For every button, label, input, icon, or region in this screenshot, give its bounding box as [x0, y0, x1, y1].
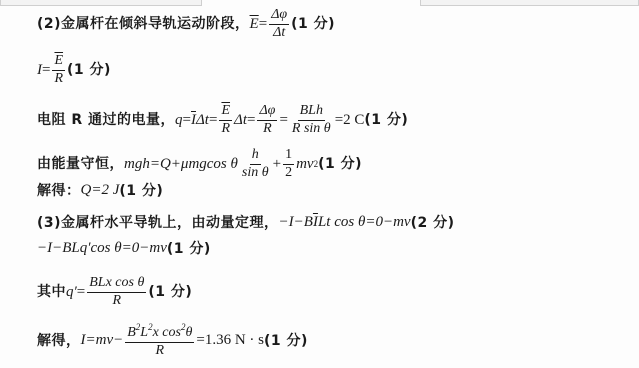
plus: +: [273, 157, 281, 172]
equals: =: [247, 113, 255, 128]
line-current: I = E R (1 分): [37, 54, 111, 86]
line-impulse: 解得， I=mv− B2L2x cos2θ R =1.36 N · s (1 分…: [37, 323, 308, 358]
line-momentum: −I−BLq′cos θ=0−mv (1 分): [37, 241, 211, 256]
numerator: h: [250, 148, 261, 165]
numerator: Δφ: [269, 8, 289, 25]
expression: Q=2 J: [81, 183, 120, 198]
expression: mv: [296, 157, 314, 172]
score: (1 分): [148, 285, 192, 299]
text: (3)金属杆水平导轨上，由动量定理，: [37, 216, 279, 230]
score: (1 分): [291, 17, 335, 31]
denominator: Δt: [271, 25, 287, 41]
expression: −I−B: [279, 215, 313, 230]
fraction: B2L2x cos2θ R: [125, 323, 194, 358]
denominator: R: [219, 121, 232, 137]
expression: mgh=Q+μmgcos θ: [124, 157, 238, 172]
line-heat: 解得： Q=2 J (1 分): [37, 183, 163, 198]
expression: I=mv−: [81, 333, 124, 348]
numerator: BLx cos θ: [87, 276, 146, 293]
var-q: q: [175, 113, 183, 128]
top-right-box: [420, 0, 639, 6]
denominator: R: [261, 121, 274, 137]
text: 由能量守恒，: [37, 157, 124, 171]
top-left-box: [0, 0, 202, 6]
numerator: BLh: [298, 104, 325, 121]
score: (1 分): [167, 242, 211, 256]
score: (1 分): [119, 184, 163, 198]
fraction: BLh R sin θ: [290, 104, 333, 136]
var-b: B: [127, 325, 136, 340]
denominator: R sin θ: [290, 121, 333, 137]
score: (1 分): [264, 334, 308, 348]
numerator: 1: [283, 148, 294, 165]
line-energy: 由能量守恒， mgh=Q+μmgcos θ h sin θ + 1 2 mv2 …: [37, 148, 362, 180]
expression: Lt cos θ=0−mv: [318, 215, 411, 230]
fraction: BLx cos θ R: [87, 276, 146, 308]
fraction: Δφ R: [257, 104, 277, 136]
score: (1 分): [67, 63, 111, 77]
fraction-half: 1 2: [283, 148, 294, 180]
denominator: 2: [283, 165, 294, 181]
fraction: Δφ Δt: [269, 8, 289, 40]
denominator: R: [154, 343, 167, 359]
result: =1.36 N · s: [196, 333, 264, 348]
numerator: Δφ: [257, 104, 277, 121]
result: =2 C: [335, 113, 365, 128]
denominator: R: [52, 71, 65, 87]
text: 其中: [37, 285, 66, 299]
text: (2)金属杆在倾斜导轨运动阶段，: [37, 17, 250, 31]
delta-t: Δt: [234, 113, 247, 128]
text: 电阻 R 通过的电量，: [37, 113, 175, 127]
var-theta: θ: [185, 325, 192, 340]
line-qprime: 其中 q′ = BLx cos θ R (1 分): [37, 276, 192, 308]
numerator: E: [52, 54, 65, 71]
line-part3: (3)金属杆水平导轨上，由动量定理， −I−BILt cos θ=0−mv (2…: [37, 215, 454, 230]
text: 解得，: [37, 334, 81, 348]
numerator: E: [219, 104, 232, 121]
equals: =: [209, 113, 217, 128]
equals: =: [42, 63, 50, 78]
fraction: E R: [52, 54, 65, 86]
fraction: E R: [219, 104, 232, 136]
expression: −I−BLq′cos θ=0−mv: [37, 241, 167, 256]
equals: =: [279, 113, 287, 128]
text: 解得：: [37, 184, 81, 198]
denominator: R: [111, 293, 124, 309]
fraction: h sin θ: [240, 148, 271, 180]
score: (2 分): [411, 216, 455, 230]
delta-t: Δt: [196, 113, 209, 128]
numerator: B2L2x cos2θ: [125, 323, 194, 343]
equals: =: [259, 17, 267, 32]
score: (1 分): [364, 113, 408, 127]
var-emf: E: [250, 17, 259, 32]
equals: =: [183, 113, 191, 128]
denominator: sin θ: [240, 165, 271, 181]
line-charge: 电阻 R 通过的电量， q = I Δt = E R Δt = Δφ R = B…: [37, 104, 408, 136]
line-part2-emf: (2)金属杆在倾斜导轨运动阶段， E = Δφ Δt (1 分): [37, 8, 335, 40]
equals: =: [77, 285, 85, 300]
var-qprime: q′: [66, 285, 77, 300]
expression: x cos: [153, 325, 181, 340]
var-l: L: [140, 325, 148, 340]
score: (1 分): [318, 157, 362, 171]
